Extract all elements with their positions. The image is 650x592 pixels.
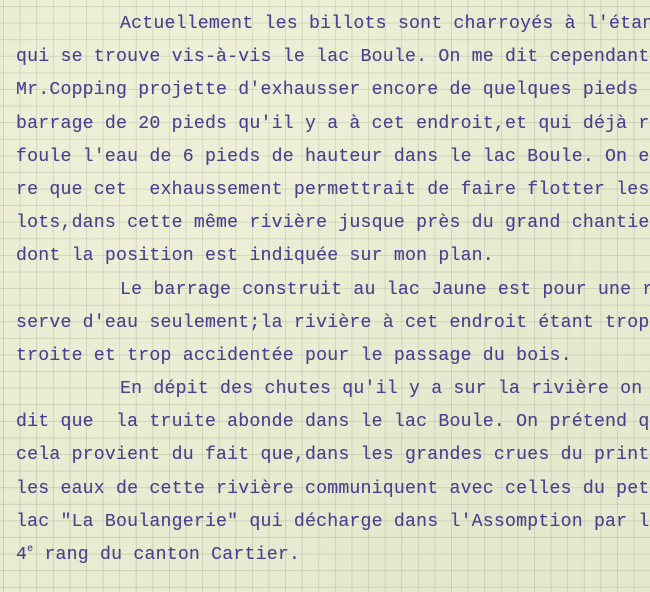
text-line: lots,dans cette même rivière jusque près… [16,207,646,240]
text-line: re que cet exhaussement permettrait de f… [16,174,646,207]
text-line: troite et trop accidentée pour le passag… [16,340,646,373]
text-line: les eaux de cette rivière communiquent a… [16,473,646,506]
text-line: dit que la truite abonde dans le lac Bou… [16,406,646,439]
text-line: cela provient du fait que,dans les grand… [16,439,646,472]
text-line: barrage de 20 pieds qu'il y a à cet endr… [16,108,646,141]
text-line: Mr.Copping projette d'exhausser encore d… [16,74,646,107]
document-body: Actuellement les billots sont charroyés … [16,8,646,572]
paragraph-2: Le barrage construit au lac Jaune est po… [16,274,646,374]
typewritten-page: Actuellement les billots sont charroyés … [0,0,650,592]
text-line-final: 4e rang du canton Cartier. [16,539,646,572]
text-line: serve d'eau seulement;la rivière à cet e… [16,307,646,340]
text-line: qui se trouve vis-à-vis le lac Boule. On… [16,41,646,74]
final-line-text: rang du canton Cartier. [33,545,300,565]
paragraph-3: En dépit des chutes qu'il y a sur la riv… [16,373,646,572]
paragraph-1: Actuellement les billots sont charroyés … [16,8,646,274]
text-line: Actuellement les billots sont charroyés … [16,8,646,41]
text-line: lac "La Boulangerie" qui décharge dans l… [16,506,646,539]
text-line: Le barrage construit au lac Jaune est po… [16,274,646,307]
text-line: foule l'eau de 6 pieds de hauteur dans l… [16,141,646,174]
ordinal-number: 4 [16,545,27,565]
text-line: dont la position est indiquée sur mon pl… [16,240,646,273]
text-line: En dépit des chutes qu'il y a sur la riv… [16,373,646,406]
